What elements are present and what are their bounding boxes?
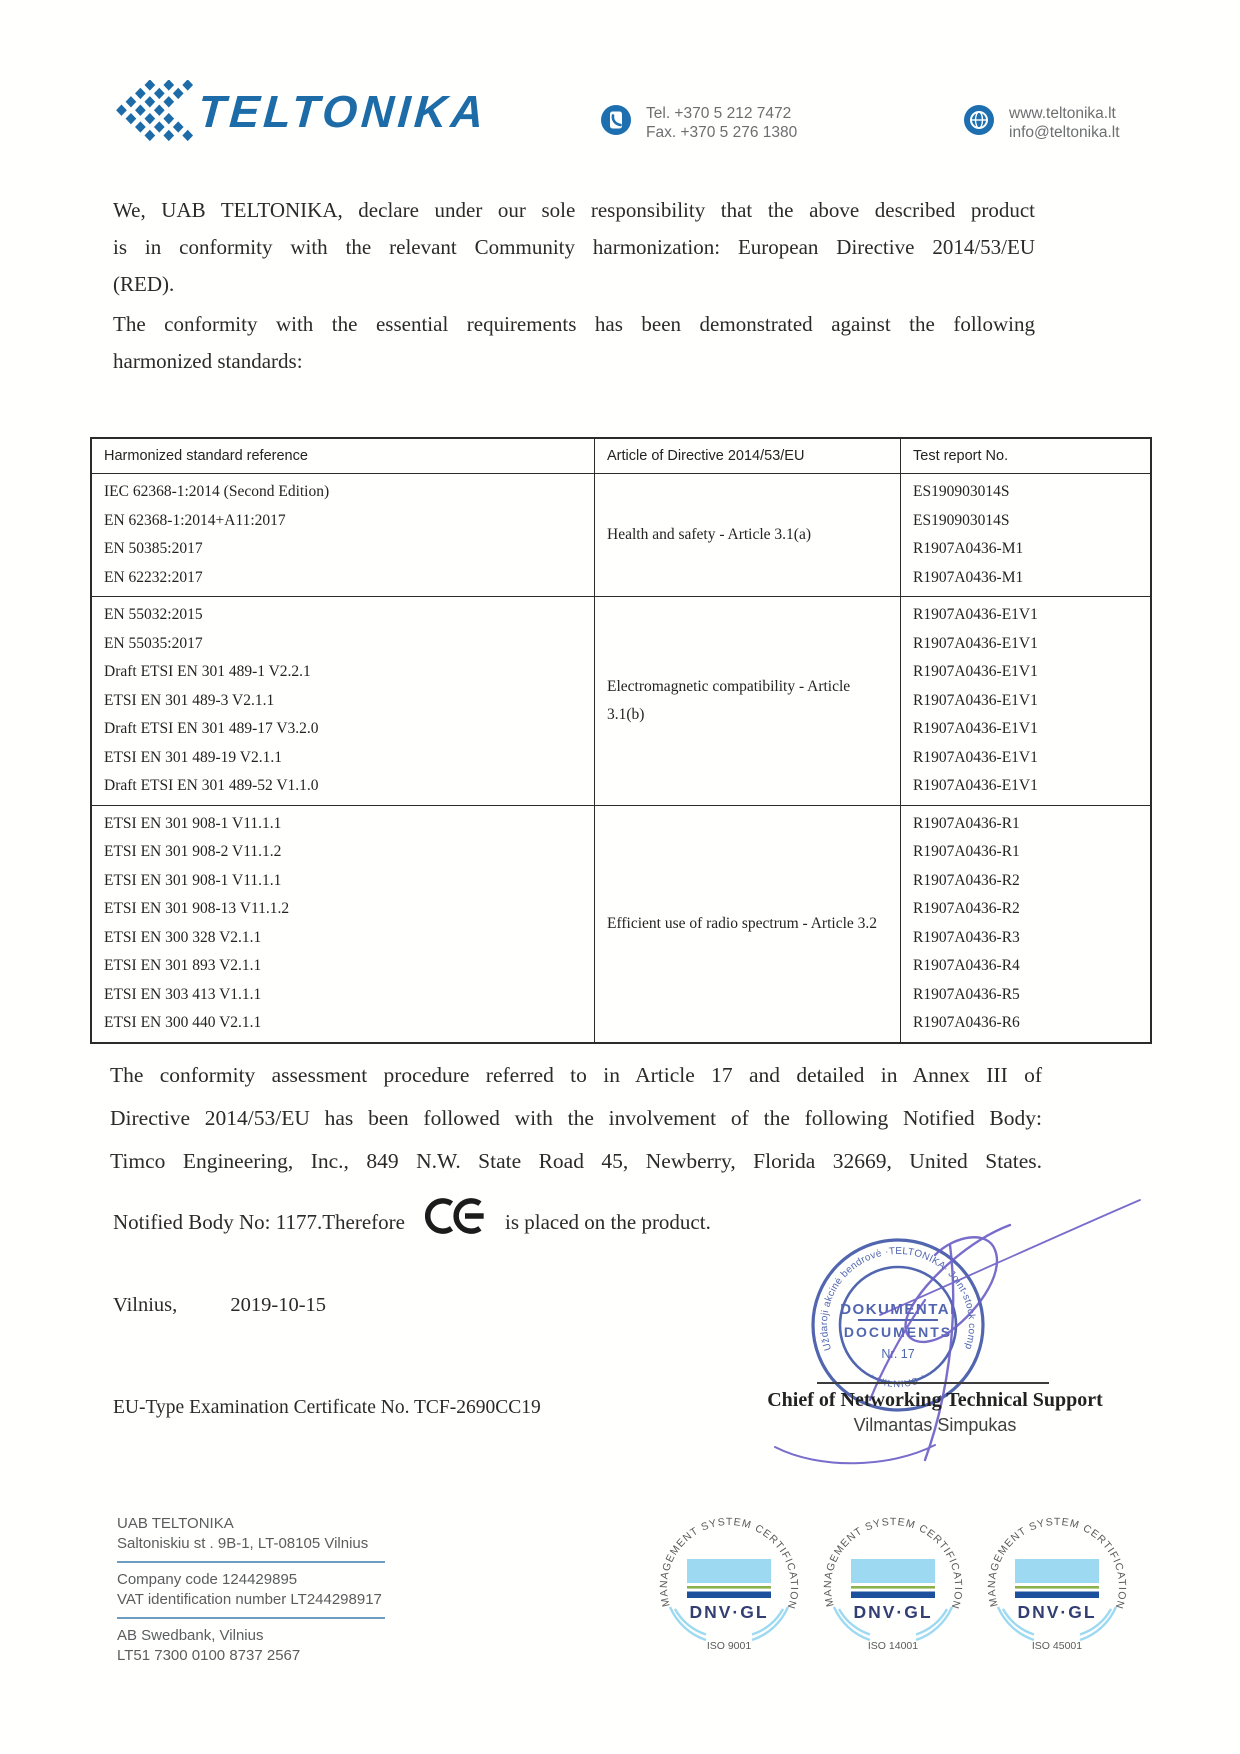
conformity-intro-paragraph: The conformity with the essential requir… (113, 306, 1035, 380)
ce-mark-icon (425, 1196, 489, 1236)
standard-line: Draft ETSI EN 301 489-1 V2.2.1 (104, 658, 582, 687)
footer-company: UAB TELTONIKA (117, 1514, 385, 1534)
report-line: R1907A0436-R1 (913, 810, 1138, 839)
header-cell-standard: Harmonized standard reference (92, 439, 595, 473)
standard-line: ETSI EN 301 908-2 V11.1.2 (104, 838, 582, 867)
report-line: R1907A0436-E1V1 (913, 658, 1138, 687)
signer-title: Chief of Networking Technical Support (735, 1389, 1135, 1412)
signature-scribble (760, 1185, 1160, 1485)
standard-line: EN 55035:2017 (104, 630, 582, 659)
standard-line: ETSI EN 300 328 V2.1.1 (104, 924, 582, 953)
reports-cell: R1907A0436-E1V1R1907A0436-E1V1R1907A0436… (901, 597, 1150, 805)
table-header-row: Harmonized standard reference Article of… (92, 439, 1150, 473)
report-line: R1907A0436-R4 (913, 952, 1138, 981)
standard-line: ETSI EN 301 908-1 V11.1.1 (104, 810, 582, 839)
globe-icon (963, 104, 995, 136)
declaration-line: (RED). (113, 266, 1035, 303)
signer-block: Chief of Networking Technical Support Vi… (735, 1389, 1135, 1436)
standard-line: IEC 62368-1:2014 (Second Edition) (104, 478, 582, 507)
report-line: R1907A0436-E1V1 (913, 772, 1138, 801)
article-cell: Electromagnetic compatibility - Article … (595, 597, 901, 805)
standard-line: EN 62368-1:2014+A11:2017 (104, 507, 582, 536)
footer-bank: AB Swedbank, Vilnius (117, 1626, 385, 1646)
declaration-paragraph: We, UAB TELTONIKA, declare under our sol… (113, 192, 1035, 303)
assessment-line: Timco Engineering, Inc., 849 N.W. State … (110, 1140, 1042, 1183)
signature-line (817, 1382, 1049, 1384)
standard-line: ETSI EN 301 908-13 V11.1.2 (104, 895, 582, 924)
ce-placed-text: is placed on the product. (505, 1210, 711, 1235)
standards-cell: EN 55032:2015EN 55035:2017Draft ETSI EN … (92, 597, 595, 805)
teltonika-logo-mark-icon (112, 80, 194, 142)
footer-divider (117, 1617, 385, 1619)
assessment-paragraph: The conformity assessment procedure refe… (110, 1054, 1042, 1183)
article-text: Efficient use of radio spectrum - Articl… (607, 910, 877, 938)
declaration-line: is in conformity with the relevant Commu… (113, 229, 1035, 266)
tel-line: Tel. +370 5 212 7472 (646, 104, 797, 123)
standard-line: ETSI EN 300 440 V2.1.1 (104, 1009, 582, 1038)
table-group-health-safety: IEC 62368-1:2014 (Second Edition)EN 6236… (92, 473, 1150, 596)
website-line: www.teltonika.lt (1009, 104, 1120, 123)
signer-name: Vilmantas Simpukas (735, 1415, 1135, 1436)
assessment-line: Directive 2014/53/EU has been followed w… (110, 1097, 1042, 1140)
article-cell: Efficient use of radio spectrum - Articl… (595, 806, 901, 1042)
standard-line: EN 50385:2017 (104, 535, 582, 564)
badge-brand-text: DNV·GL (689, 1602, 768, 1622)
document-page: TELTONIKA Tel. +370 5 212 7472 Fax. +370… (0, 0, 1240, 1754)
declaration-line: We, UAB TELTONIKA, declare under our sol… (113, 192, 1035, 229)
report-line: R1907A0436-E1V1 (913, 630, 1138, 659)
report-line: R1907A0436-M1 (913, 535, 1138, 564)
badge-iso-label: ISO 45001 (1032, 1640, 1082, 1652)
report-line: R1907A0436-R2 (913, 895, 1138, 924)
report-line: R1907A0436-R1 (913, 838, 1138, 867)
badge-brand-text: DNV·GL (1017, 1602, 1096, 1622)
report-line: R1907A0436-M1 (913, 564, 1138, 593)
footer-address: Saltoniskiu st . 9B-1, LT-08105 Vilnius (117, 1534, 385, 1554)
badge-iso-label: ISO 9001 (707, 1640, 752, 1652)
header-cell-report: Test report No. (901, 439, 1150, 473)
standards-cell: ETSI EN 301 908-1 V11.1.1ETSI EN 301 908… (92, 806, 595, 1042)
contact-web-block: www.teltonika.lt info@teltonika.lt (963, 104, 1120, 142)
badge-iso-label: ISO 14001 (868, 1640, 918, 1652)
table-group-emc: EN 55032:2015EN 55035:2017Draft ETSI EN … (92, 596, 1150, 805)
contact-phone-block: Tel. +370 5 212 7472 Fax. +370 5 276 138… (600, 104, 797, 142)
standard-line: Draft ETSI EN 301 489-52 V1.1.0 (104, 772, 582, 801)
assessment-line: The conformity assessment procedure refe… (110, 1054, 1042, 1097)
article-text: Electromagnetic compatibility - Article … (607, 673, 888, 729)
article-text: Health and safety - Article 3.1(a) (607, 521, 811, 549)
report-line: R1907A0436-E1V1 (913, 687, 1138, 716)
standard-line: EN 55032:2015 (104, 601, 582, 630)
dnv-gl-badge-iso45001: MANAGEMENT SYSTEM CERTIFICATION DNV·GL I… (982, 1512, 1132, 1662)
badge-brand-text: DNV·GL (853, 1602, 932, 1622)
logo-text: TELTONIKA (196, 86, 489, 138)
report-line: R1907A0436-E1V1 (913, 744, 1138, 773)
standards-table: Harmonized standard reference Article of… (90, 437, 1152, 1044)
dnv-gl-badge-iso9001: MANAGEMENT SYSTEM CERTIFICATION DNV·GL I… (654, 1512, 804, 1662)
report-line: R1907A0436-R6 (913, 1009, 1138, 1038)
notified-body-line: Notified Body No: 1177.Therefore is plac… (113, 1196, 711, 1248)
standard-line: ETSI EN 301 489-3 V2.1.1 (104, 687, 582, 716)
signoff-place-date: Vilnius, 2019-10-15 (113, 1294, 326, 1317)
article-cell: Health and safety - Article 3.1(a) (595, 474, 901, 596)
standard-line: Draft ETSI EN 301 489-17 V3.2.0 (104, 715, 582, 744)
reports-cell: R1907A0436-R1R1907A0436-R1R1907A0436-R2R… (901, 806, 1150, 1042)
phone-icon (600, 104, 632, 136)
report-line: R1907A0436-E1V1 (913, 601, 1138, 630)
header-cell-article: Article of Directive 2014/53/EU (595, 439, 901, 473)
footer-vat: VAT identification number LT244298917 (117, 1590, 385, 1610)
table-group-radio-spectrum: ETSI EN 301 908-1 V11.1.1ETSI EN 301 908… (92, 805, 1150, 1042)
report-line: R1907A0436-R2 (913, 867, 1138, 896)
standard-line: ETSI EN 301 489-19 V2.1.1 (104, 744, 582, 773)
report-line: R1907A0436-R5 (913, 981, 1138, 1010)
signoff-date: 2019-10-15 (230, 1294, 326, 1316)
report-line: ES190903014S (913, 478, 1138, 507)
dnv-gl-badge-iso14001: MANAGEMENT SYSTEM CERTIFICATION DNV·GL I… (818, 1512, 968, 1662)
email-line: info@teltonika.lt (1009, 123, 1120, 142)
conformity-line: The conformity with the essential requir… (113, 306, 1035, 343)
report-line: R1907A0436-R3 (913, 924, 1138, 953)
footer-company-code: Company code 124429895 (117, 1570, 385, 1590)
reports-cell: ES190903014SES190903014SR1907A0436-M1R19… (901, 474, 1150, 596)
standard-line: EN 62232:2017 (104, 564, 582, 593)
report-line: ES190903014S (913, 507, 1138, 536)
standards-cell: IEC 62368-1:2014 (Second Edition)EN 6236… (92, 474, 595, 596)
notified-body-text: Notified Body No: 1177.Therefore (113, 1210, 405, 1235)
certificate-line: EU-Type Examination Certificate No. TCF-… (113, 1397, 541, 1419)
conformity-line: harmonized standards: (113, 343, 1035, 380)
footer-divider (117, 1561, 385, 1563)
standard-line: ETSI EN 301 908-1 V11.1.1 (104, 867, 582, 896)
footer-company-info: UAB TELTONIKA Saltoniskiu st . 9B-1, LT-… (117, 1514, 385, 1666)
fax-line: Fax. +370 5 276 1380 (646, 123, 797, 142)
footer-iban: LT51 7300 0100 8737 2567 (117, 1646, 385, 1666)
signoff-city: Vilnius, (113, 1294, 177, 1316)
standard-line: ETSI EN 301 893 V2.1.1 (104, 952, 582, 981)
report-line: R1907A0436-E1V1 (913, 715, 1138, 744)
standard-line: ETSI EN 303 413 V1.1.1 (104, 981, 582, 1010)
